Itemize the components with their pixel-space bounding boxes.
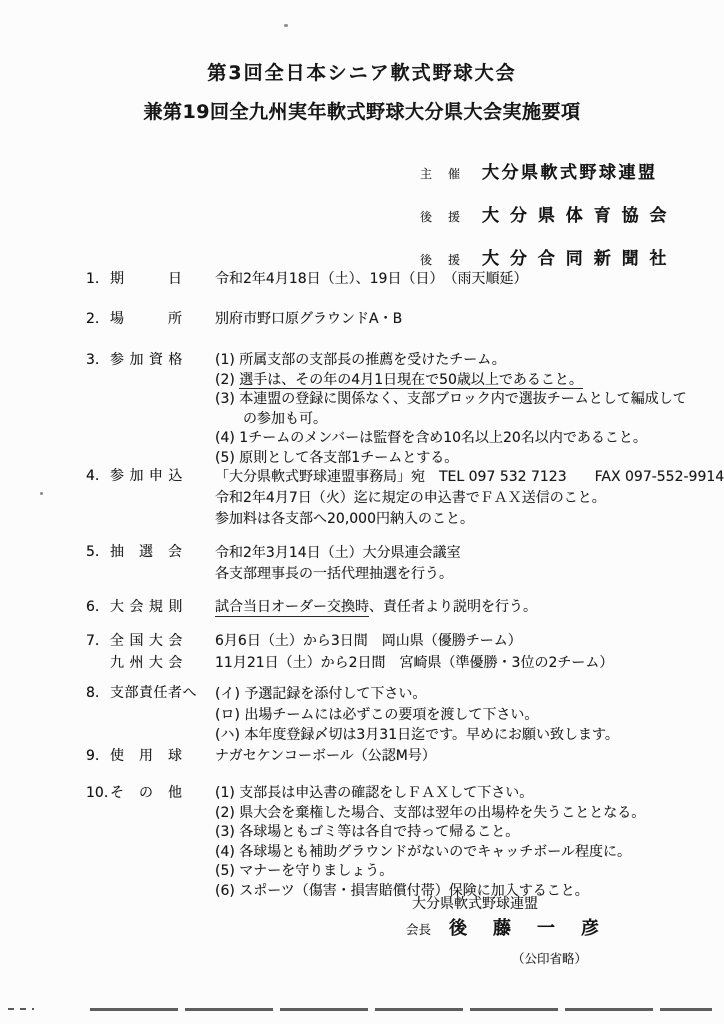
item-label: 期 日 xyxy=(110,271,183,287)
organizer-row: 後 援大 分 県 体 育 協 会 xyxy=(420,201,669,226)
document-page: 第3回全日本シニア軟式野球大会 兼第19回全九州実年軟式野球大分県大会実施要項 … xyxy=(0,0,724,1024)
item-place: 2.場 所 別府市野口原グラウンドA・B xyxy=(86,310,702,330)
item-number: 4. xyxy=(86,467,110,487)
scan-speck xyxy=(284,24,288,27)
scan-artifact-line xyxy=(90,1008,712,1011)
document-subtitle: 兼第19回全九州実年軟式野球大分県大会実施要項 xyxy=(0,97,724,124)
item-text: の参加も可。 xyxy=(215,410,702,430)
underlined-text: 試合当日オーダー交換時 xyxy=(215,599,369,617)
item-text: (4) 各球場とも補助グラウンドがないのでキャッチボール程度に。 xyxy=(215,843,702,863)
item-date: 1.期 日 令和2年4月18日（土）、19日（日） （雨天順延） xyxy=(86,270,702,290)
item-number: 5. xyxy=(86,543,110,563)
item-text: (5) マナーを守りましょう。 xyxy=(215,862,702,882)
item-label: 場 所 xyxy=(110,311,183,327)
item-text: (4) 1チームのメンバーは監督を含め10名以上20名以内であること。 xyxy=(215,429,702,449)
signature-seal-note: （公印省略） xyxy=(512,949,587,967)
item-text: (1) 支部長は申込書の確認をしＦＡＸして下さい。 xyxy=(215,784,702,804)
item-number: 1. xyxy=(86,270,110,290)
item-number: 6. xyxy=(86,598,110,618)
item-number: 7. xyxy=(86,630,110,652)
item-national-kyushu: 7.全 国 大 会 九 州 大 会 6月6日（土）から3日間 岡山県（優勝チーム… xyxy=(86,630,702,674)
item-text: (2) 選手は、その年の4月1日現在で50歳以上であること。 xyxy=(215,371,702,391)
underlined-text: 選手は、その年の4月1日現在で50歳以上であること。 xyxy=(239,372,583,390)
item-text: (イ) 予選記録を添付して下さい。 xyxy=(215,684,702,705)
item-label: 参 加 資 格 xyxy=(110,352,183,368)
item-text: 令和2年4月7日（火）迄に規定の申込書でＦＡＸ送信のこと。 xyxy=(215,488,724,509)
item-label: 使 用 球 xyxy=(110,748,183,764)
item-lottery: 5.抽 選 会 令和2年3月14日（土）大分県連会議室 各支部理事長の一括代理抽… xyxy=(86,543,702,585)
item-text: 11月21日（土）から2日間 宮崎県（準優勝・3位の2チーム） xyxy=(215,652,702,674)
item-rules: 6.大 会 規 則 試合当日オーダー交換時、責任者より説明を行う。 xyxy=(86,598,702,618)
item-text: 別府市野口原グラウンドA・B xyxy=(215,310,702,330)
item-number: 8. xyxy=(86,684,110,704)
item-text: (2) 県大会を棄権した場合、支部は翌年の出場枠を失うこととなる。 xyxy=(215,804,702,824)
item-text: (3) 各球場ともゴミ等は各自で持って帰ること。 xyxy=(215,823,702,843)
item-text: (5) 原則として各支部1チームとする。 xyxy=(215,449,702,469)
item-label: 九 州 大 会 xyxy=(110,655,183,671)
item-label: 全 国 大 会 xyxy=(110,633,183,649)
item-text: 6月6日（土）から3日間 岡山県（優勝チーム） xyxy=(215,630,702,652)
item-text: (1) 所属支部の支部長の推薦を受けたチーム。 xyxy=(215,351,702,371)
item-text: 「大分県軟式野球連盟事務局」宛 TEL 097 532 7123 FAX 097… xyxy=(215,467,724,488)
organizer-row: 後 援大 分 合 同 新 聞 社 xyxy=(420,244,669,269)
scan-speck xyxy=(40,492,43,495)
signature-organization: 大分県軟式野球連盟 xyxy=(412,893,538,913)
item-text: 参加料は各支部へ20,000円納入のこと。 xyxy=(215,509,724,530)
item-label: 大 会 規 則 xyxy=(110,599,183,615)
item-others: 10.そ の 他 (1) 支部長は申込書の確認をしＦＡＸして下さい。 (2) 県… xyxy=(86,784,702,901)
organizer-name: 大分県軟式野球連盟 xyxy=(482,163,658,183)
item-text: (ハ) 本年度登録〆切は3月31日迄です。早めにお願い致します。 xyxy=(215,725,702,746)
item-branch-managers: 8.支部責任者へ (イ) 予選記録を添付して下さい。 (ロ) 出場チームには必ず… xyxy=(86,684,702,746)
organizer-name: 大 分 合 同 新 聞 社 xyxy=(482,249,669,269)
item-label: 抽 選 会 xyxy=(110,544,183,560)
item-number: 9. xyxy=(86,747,110,767)
item-ball: 9.使 用 球 ナガセケンコーボール（公認M号） xyxy=(86,747,702,767)
signature-row: 会長後 藤 一 彦 xyxy=(406,914,603,940)
item-number: 3. xyxy=(86,351,110,371)
item-label: そ の 他 xyxy=(110,785,183,801)
organizer-role: 後 援 xyxy=(420,253,462,267)
item-text: 令和2年3月14日（土）大分県連会議室 xyxy=(215,543,702,564)
item-text: 試合当日オーダー交換時、責任者より説明を行う。 xyxy=(215,598,702,618)
item-number: 2. xyxy=(86,310,110,330)
item-text: ナガセケンコーボール（公認M号） xyxy=(215,747,702,767)
organizer-role: 主 催 xyxy=(420,167,462,181)
organizer-name: 大 分 県 体 育 協 会 xyxy=(482,206,669,226)
item-text: (3) 本連盟の登録に関係なく、支部ブロック内で選抜チームとして編成して xyxy=(215,390,702,410)
item-application: 4.参 加 申 込 「大分県軟式野球連盟事務局」宛 TEL 097 532 71… xyxy=(86,467,702,530)
item-eligibility: 3.参 加 資 格 (1) 所属支部の支部長の推薦を受けたチーム。 (2) 選手… xyxy=(86,351,702,468)
organizer-row: 主 催大分県軟式野球連盟 xyxy=(420,158,658,183)
item-label: 支部責任者へ xyxy=(110,685,197,701)
signature-role: 会長 xyxy=(406,922,431,937)
item-label: 参 加 申 込 xyxy=(110,468,183,484)
item-text: 各支部理事長の一括代理抽選を行う。 xyxy=(215,564,702,585)
scan-artifact-line xyxy=(8,1008,34,1010)
item-text: (ロ) 出場チームには必ずこの要項を渡して下さい。 xyxy=(215,705,702,726)
signature-name: 後 藤 一 彦 xyxy=(449,918,603,939)
document-title: 第3回全日本シニア軟式野球大会 xyxy=(0,58,724,85)
item-text: 令和2年4月18日（土）、19日（日） （雨天順延） xyxy=(215,270,702,290)
organizer-role: 後 援 xyxy=(420,210,462,224)
item-number: 10. xyxy=(86,784,110,804)
